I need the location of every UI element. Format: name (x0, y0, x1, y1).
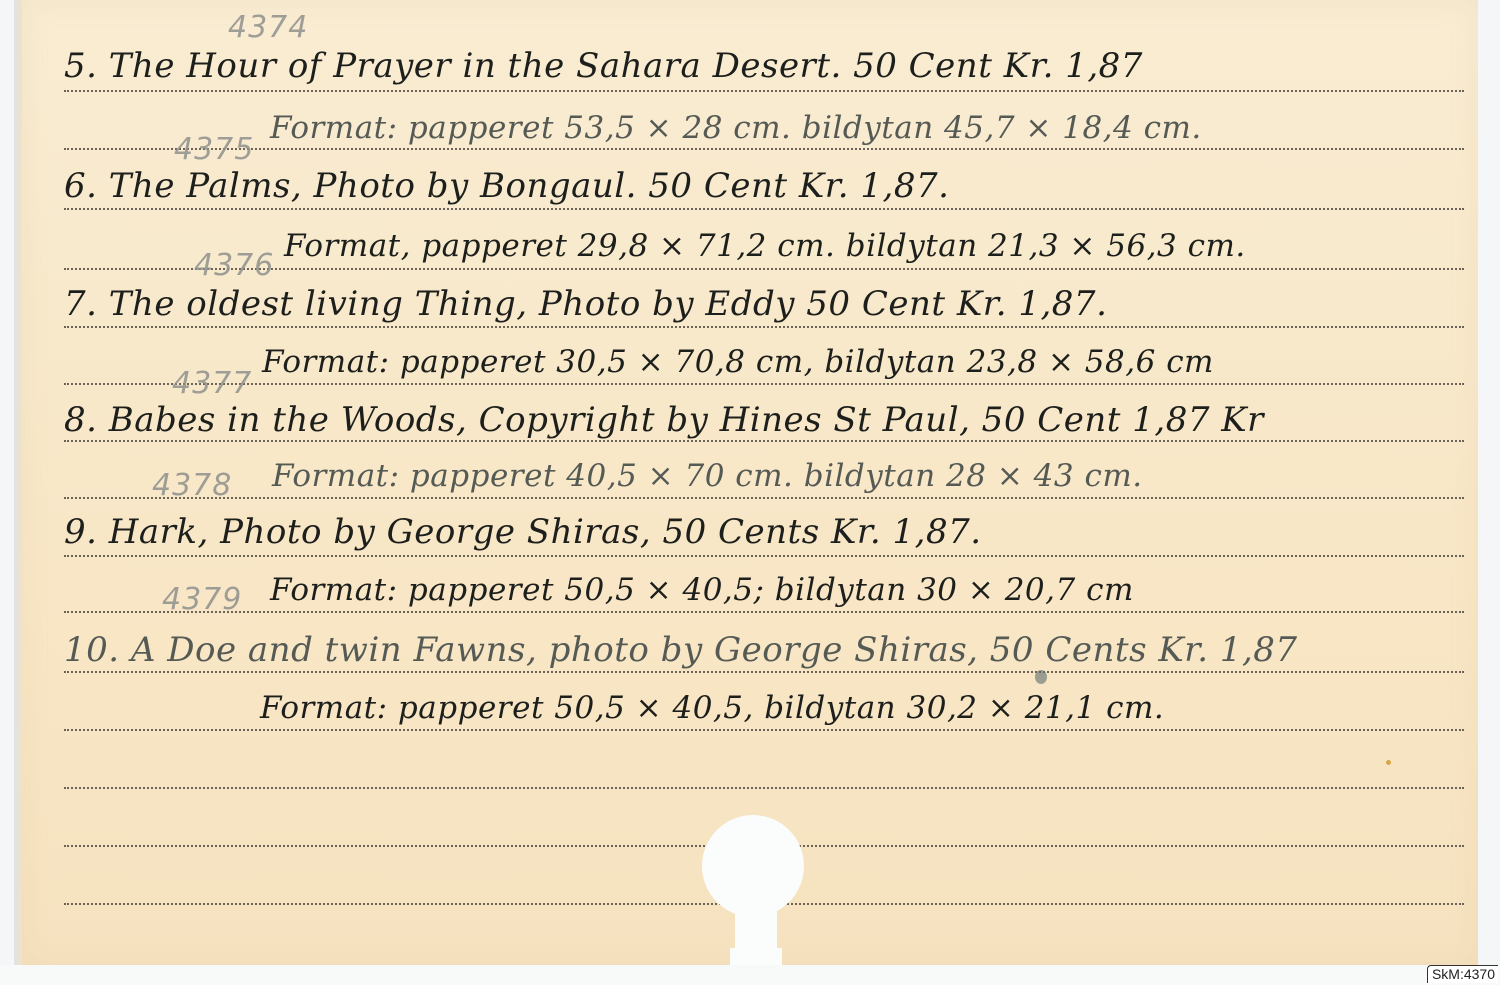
catalog-number-pencil: 4379 (162, 582, 242, 617)
ruled-line (64, 148, 1464, 150)
entry-format-line: Format: papperet 30,5 × 70,8 cm, bildyta… (262, 344, 1214, 380)
ruled-line (64, 497, 1464, 499)
ruled-line (64, 555, 1464, 557)
entry-title-line: 8. Babes in the Woods, Copyright by Hine… (64, 400, 1264, 440)
entry-format-line: Format, papperet 29,8 × 71,2 cm. bildyta… (284, 228, 1246, 264)
entry-format-line: Format: papperet 50,5 × 40,5, bildytan 3… (260, 690, 1164, 726)
ruled-line (64, 611, 1464, 613)
ruled-line (64, 208, 1464, 210)
entry-format-line: Format: papperet 53,5 × 28 cm. bildytan … (270, 110, 1202, 146)
inventory-label: SkM:4370 (1427, 965, 1498, 983)
catalog-number-pencil: 4375 (174, 132, 254, 167)
catalog-number-pencil: 4378 (152, 468, 232, 503)
entry-format-line: Format: papperet 50,5 × 40,5; bildytan 3… (270, 572, 1134, 608)
ruled-line (64, 671, 1464, 673)
entry-title-line: 5. The Hour of Prayer in the Sahara Dese… (64, 46, 1143, 86)
ruled-line (64, 440, 1464, 442)
entry-title-line: 6. The Palms, Photo by Bongaul. 50 Cent … (64, 166, 949, 206)
entry-title-line: 7. The oldest living Thing, Photo by Edd… (64, 284, 1107, 324)
catalog-number-pencil: 4376 (194, 248, 274, 283)
ruled-line (64, 90, 1464, 92)
entry-title-line: 10. A Doe and twin Fawns, photo by Georg… (64, 630, 1298, 670)
ruled-line (64, 787, 1464, 789)
entry-format-line: Format: papperet 40,5 × 70 cm. bildytan … (272, 458, 1143, 494)
ruled-line (64, 383, 1464, 385)
card-left-edge (14, 0, 22, 965)
ruled-line (64, 729, 1464, 731)
ruled-line (64, 326, 1464, 328)
entry-title-line: 9. Hark, Photo by George Shiras, 50 Cent… (64, 512, 982, 552)
catalog-number-pencil: 4377 (172, 366, 252, 401)
paper-stain (1386, 760, 1391, 765)
catalog-number-pencil: 4374 (228, 10, 308, 45)
scan-margin (0, 965, 1500, 985)
ink-blot (1035, 670, 1047, 684)
